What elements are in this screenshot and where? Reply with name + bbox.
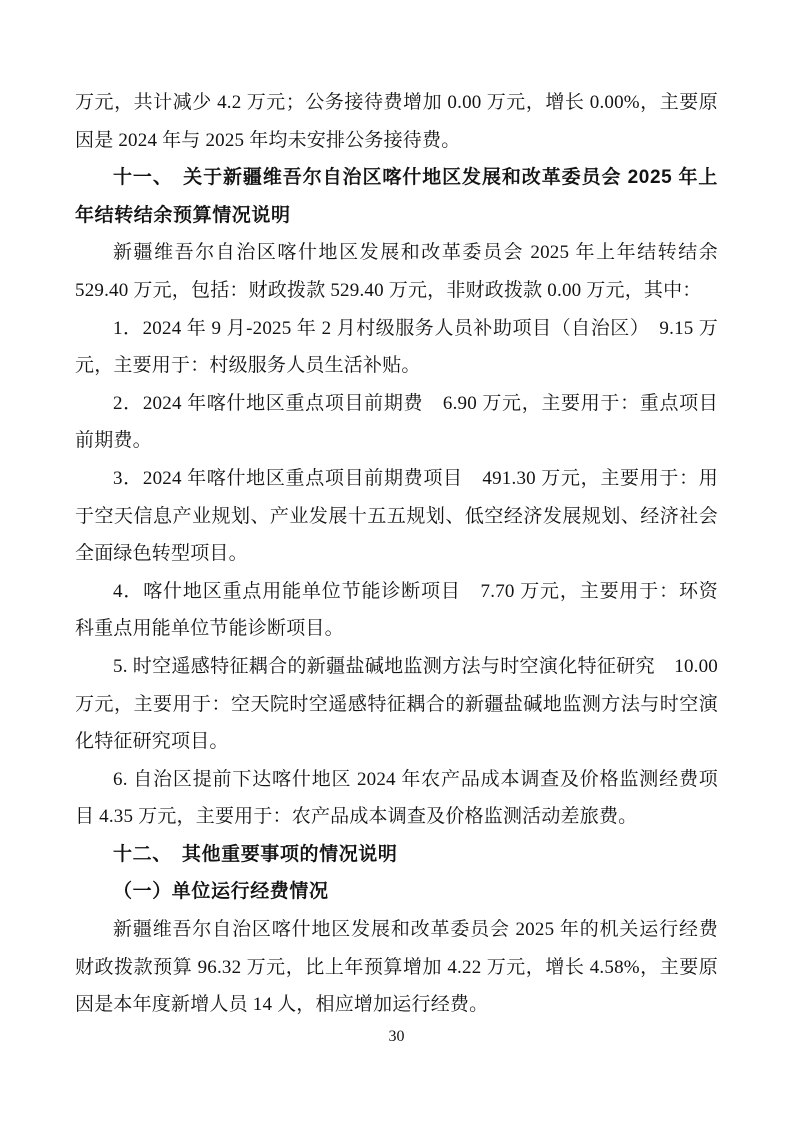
- document-body: 万元，共计减少 4.2 万元；公务接待费增加 0.00 万元，增长 0.00%，…: [75, 84, 718, 1024]
- paragraph-operating-expenses: 新疆维吾尔自治区喀什地区发展和改革委员会 2025 年的机关运行经费财政拨款预算…: [75, 911, 718, 1024]
- page-number: 30: [0, 1028, 793, 1046]
- section-heading-11: 十一、 关于新疆维吾尔自治区喀什地区发展和改革委员会 2025 年上年结转结余预…: [75, 159, 718, 234]
- document-page: 万元，共计减少 4.2 万元；公务接待费增加 0.00 万元，增长 0.00%，…: [0, 0, 793, 1122]
- list-item-6: 6. 自治区提前下达喀什地区 2024 年农产品成本调查及价格监测经费项目 4.…: [75, 761, 718, 836]
- section-heading-12: 十二、 其他重要事项的情况说明: [75, 836, 718, 874]
- list-item-1: 1．2024 年 9 月-2025 年 2 月村级服务人员补助项目（自治区） 9…: [75, 310, 718, 385]
- list-item-3: 3．2024 年喀什地区重点项目前期费项目 491.30 万元，主要用于：用于空…: [75, 460, 718, 573]
- list-item-5: 5. 时空遥感特征耦合的新疆盐碱地监测方法与时空演化特征研究 10.00 万元，…: [75, 648, 718, 761]
- paragraph-continuation-from-previous-page: 万元，共计减少 4.2 万元；公务接待费增加 0.00 万元，增长 0.00%，…: [75, 84, 718, 159]
- paragraph-carryover-summary: 新疆维吾尔自治区喀什地区发展和改革委员会 2025 年上年结转结余 529.40…: [75, 234, 718, 309]
- list-item-2: 2．2024 年喀什地区重点项目前期费 6.90 万元，主要用于：重点项目前期费…: [75, 385, 718, 460]
- subsection-heading-1: （一）单位运行经费情况: [75, 873, 718, 911]
- list-item-4: 4．喀什地区重点用能单位节能诊断项目 7.70 万元，主要用于：环资科重点用能单…: [75, 573, 718, 648]
